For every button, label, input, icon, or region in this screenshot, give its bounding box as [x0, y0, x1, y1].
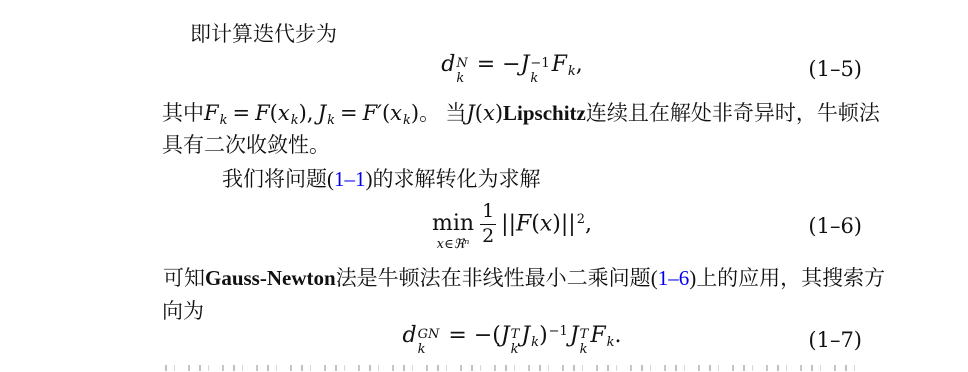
supsub-stack: GNk: [418, 328, 440, 357]
cjk-text: 法是牛顿法在非线性最小二乘问题: [336, 266, 651, 290]
paren: (: [327, 167, 334, 191]
paragraph-line-intro: 即计算迭代步为: [190, 19, 337, 49]
cjk-text: 具有二次收敛性。: [162, 133, 330, 157]
inline-math: Fk=F(xk), Jk=F′(xk): [204, 101, 419, 125]
cutoff-text-line: [165, 365, 862, 371]
math-var: J: [521, 323, 530, 348]
inline-math: J(x): [466, 101, 503, 125]
norm-bars: ||: [561, 211, 576, 236]
equation-label-1-6: (1–6): [808, 214, 862, 238]
cjk-text: 连续且在解处非奇异时，牛顿法: [586, 101, 880, 125]
paren: ): [366, 167, 373, 191]
equation-1-6: minx∈ℜⁿ12||F(x)||2, (1–6): [162, 200, 862, 252]
paragraph-line-gauss-newton: 可知Gauss-Newton法是牛顿法在非线性最小二乘问题(1–6)上的应用，其…: [163, 263, 885, 293]
cjk-text: 可知: [163, 266, 205, 290]
minus-sign: −: [474, 323, 492, 348]
cjk-text: 上的应用，其搜索方: [696, 266, 885, 290]
cjk-text: 的求解转化为求解: [373, 167, 541, 191]
math-var: F: [552, 52, 567, 77]
supsub-stack: Tk: [511, 328, 520, 357]
eq-ref-link-1-1[interactable]: 1–1: [334, 167, 366, 191]
cjk-text: 我们将问题: [222, 167, 327, 191]
math-var: J: [521, 52, 530, 77]
equation-label-1-7: (1–7): [808, 328, 862, 352]
min-operator: minx∈ℜⁿ: [432, 213, 474, 251]
supsub-stack: −1k: [530, 57, 549, 86]
intro-text: 即计算迭代步为: [190, 22, 337, 46]
term-lipschitz: Lipschitz: [503, 101, 586, 125]
document-page: 即计算迭代步为 dNk=−J−1kFk, (1–5) 其中Fk=F(xk), J…: [0, 0, 968, 372]
equals-sign: =: [448, 323, 466, 348]
equation-1-7: dGNk=−(JTkJk)−1JTkFk. (1–7): [162, 322, 862, 358]
minus-sign: −: [502, 52, 520, 77]
supsub-stack: Tk: [580, 328, 589, 357]
paragraph-line-transform: 我们将问题(1–1)的求解转化为求解: [222, 164, 541, 194]
cjk-text: 其中: [162, 101, 204, 125]
norm-bars: ||: [501, 211, 516, 236]
supsub-stack: Nk: [456, 57, 467, 86]
cjk-text: 向为: [162, 299, 204, 323]
math-var: F: [590, 323, 605, 348]
equation-label-1-5: (1–5): [808, 57, 862, 81]
eq-ref-link-1-6[interactable]: 1–6: [658, 266, 690, 290]
equals-sign: =: [477, 52, 495, 77]
term-gauss-newton: Gauss-Newton: [205, 266, 336, 290]
math-var: d: [403, 323, 417, 348]
equation-1-5-formula: dNk=−J−1kFk,: [441, 52, 583, 86]
fraction-one-half: 12: [480, 201, 496, 248]
equation-1-6-formula: minx∈ℜⁿ12||F(x)||2,: [432, 201, 592, 251]
paragraph-line-convergence: 具有二次收敛性。: [162, 130, 330, 160]
cjk-text: 。 当: [419, 101, 466, 125]
math-var: d: [441, 52, 455, 77]
math-var: J: [570, 323, 579, 348]
equation-1-7-formula: dGNk=−(JTkJk)−1JTkFk.: [403, 323, 622, 357]
equation-1-5: dNk=−J−1kFk, (1–5): [162, 51, 862, 87]
math-var: J: [501, 323, 510, 348]
math-var: F: [516, 211, 531, 236]
paren: (: [651, 266, 658, 290]
